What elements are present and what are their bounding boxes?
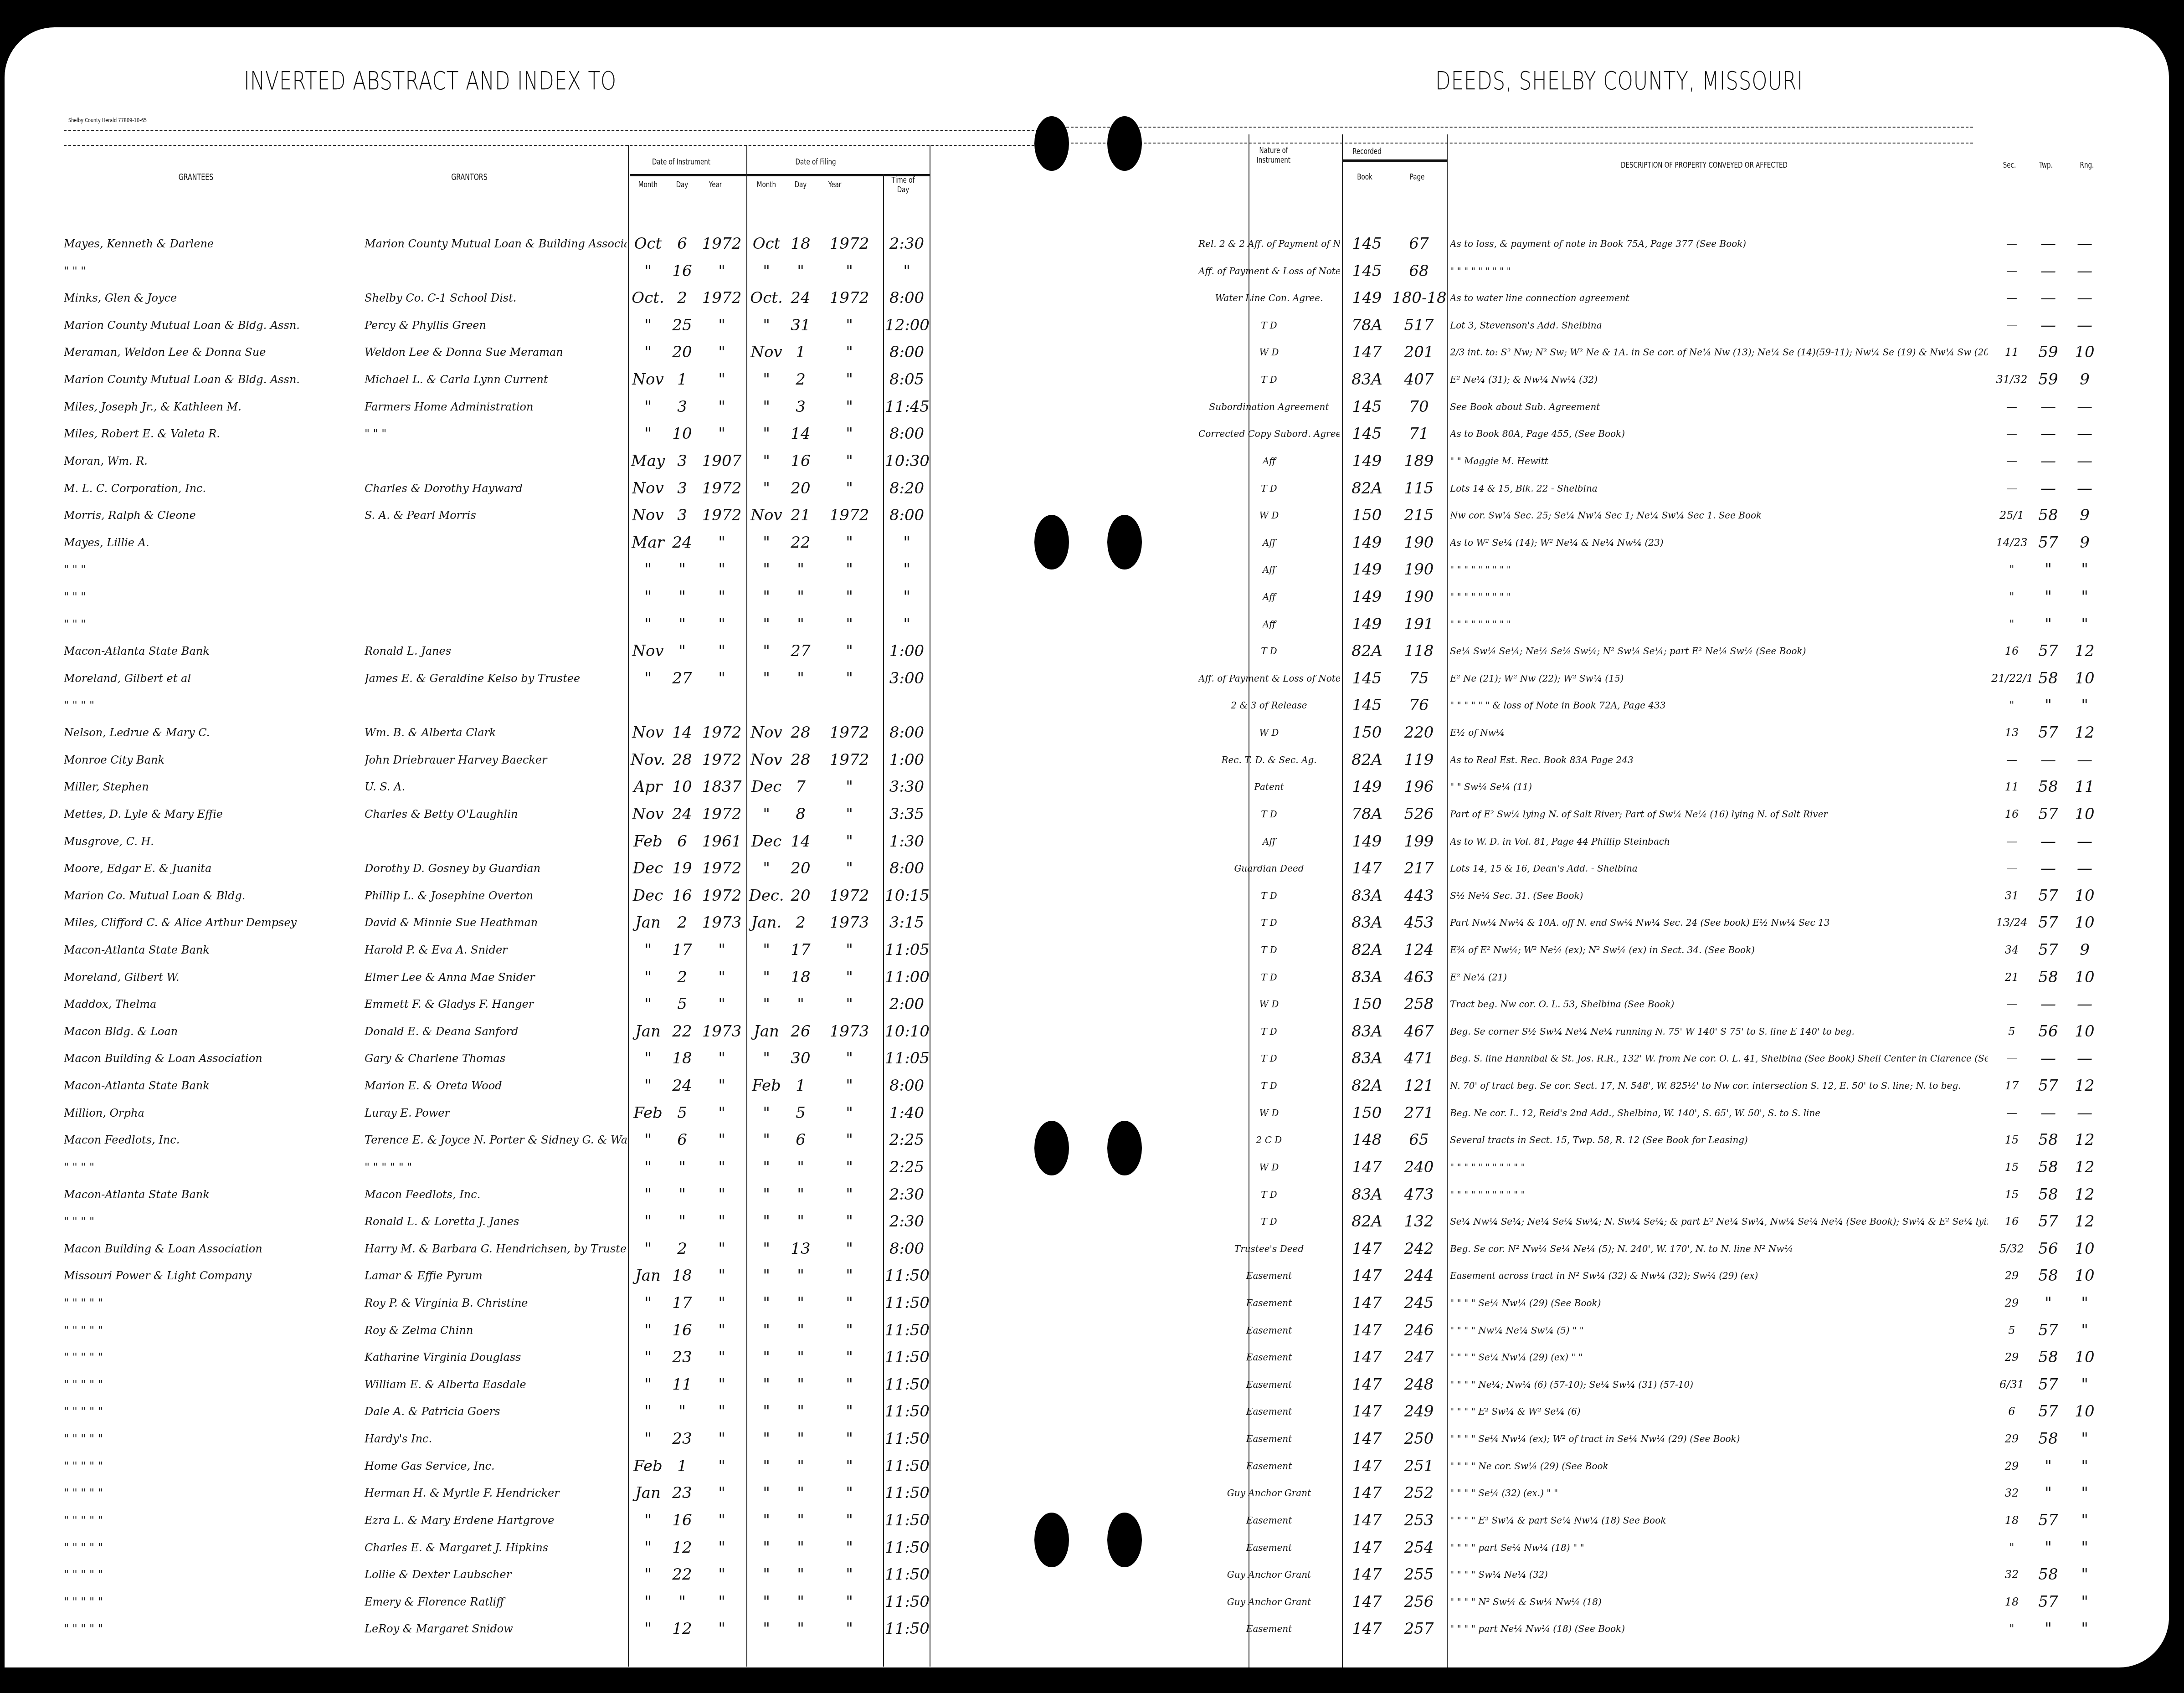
cell-page: 124: [1392, 936, 1446, 964]
cell-twp: —: [2032, 312, 2064, 339]
cell-grantor: John Driebrauer Harvey Baecker: [365, 746, 627, 774]
cell-book: 83A: [1344, 366, 1390, 393]
cell-time: ": [885, 529, 929, 556]
left-ledger-row: M. L. C. Corporation, Inc.Charles & Doro…: [5, 475, 1066, 502]
cell-grantor: Weldon Lee & Donna Sue Meraman: [365, 339, 627, 366]
cell-im: Apr: [630, 773, 666, 800]
cell-fy: ": [817, 1154, 882, 1181]
cell-time: 11:50: [885, 1425, 929, 1452]
cell-book: 83A: [1344, 1181, 1390, 1208]
left-ledger-row: Monroe City BankJohn Driebrauer Harvey B…: [5, 746, 1066, 774]
cell-book: 147: [1344, 855, 1390, 882]
cell-sec: —: [1991, 990, 2032, 1018]
cell-id: ": [666, 583, 698, 611]
cell-id: 12: [666, 1615, 698, 1642]
cell-grantor: Roy & Zelma Chinn: [365, 1317, 627, 1344]
right-ledger-row: T D83A453Part Nw¼ Nw¼ & 10A. off N. end …: [1066, 909, 2169, 936]
left-ledger-row: " " " " "Roy P. & Virginia B. Christine"…: [5, 1289, 1066, 1317]
cell-fm: ": [748, 447, 785, 475]
header-sec: Sec.: [1999, 160, 2020, 170]
cell-sec: —: [1991, 746, 2032, 774]
cell-desc: E¾ of E² Nw¼; W² Ne¼ (ex); N² Sw¼ (ex) i…: [1450, 936, 1988, 964]
cell-im: Oct.: [630, 284, 666, 312]
cell-book: 83A: [1344, 1045, 1390, 1072]
left-ledger-row: " " " " "Emery & Florence Ratliff""""""1…: [5, 1588, 1066, 1616]
cell-id: 16: [666, 257, 698, 285]
cell-rng: ": [2066, 583, 2103, 611]
cell-nature: T D: [1198, 1208, 1340, 1235]
cell-twp: —: [2032, 990, 2064, 1018]
cell-rng: 10: [2066, 339, 2103, 366]
cell-grantor: Charles & Dorothy Hayward: [365, 475, 627, 502]
cell-fy: ": [817, 611, 882, 638]
cell-sec: 14/23: [1991, 529, 2032, 556]
header-page: Page: [1400, 172, 1434, 182]
cell-grantor: Harry M. & Barbara G. Hendrichsen, by Tr…: [365, 1235, 627, 1262]
right-ledger-row: Easement147246" " " " Nw¼ Ne¼ Sw¼ (5) " …: [1066, 1317, 2169, 1344]
right-ledger-row: T D82A118Se¼ Sw¼ Se¼; Ne¼ Se¼ Sw¼; N² Sw…: [1066, 637, 2169, 665]
cell-book: 145: [1344, 665, 1390, 692]
cell-fd: ": [785, 1452, 817, 1480]
cell-fd: 3: [785, 393, 817, 421]
cell-book: 82A: [1344, 936, 1390, 964]
cell-page: 443: [1392, 882, 1446, 909]
cell-iy: ": [698, 665, 745, 692]
cell-fy: ": [817, 393, 882, 421]
cell-rng: —: [2066, 746, 2103, 774]
cell-twp: 57: [2032, 1371, 2064, 1398]
cell-grantor: Charles & Betty O'Laughlin: [365, 800, 627, 828]
cell-desc: As to loss, & payment of note in Book 75…: [1450, 230, 1988, 257]
cell-im: ": [630, 936, 666, 964]
cell-fd: ": [785, 1479, 817, 1507]
cell-nature: Aff: [1198, 583, 1340, 611]
cell-grantor: " " " " " ": [365, 1154, 627, 1181]
cell-grantor: Emmett F. & Gladys F. Hanger: [365, 990, 627, 1018]
cell-fy: ": [817, 1534, 882, 1561]
cell-im: ": [630, 1507, 666, 1534]
cell-fm: ": [748, 1208, 785, 1235]
cell-grantee: Macon Feedlots, Inc.: [64, 1126, 365, 1154]
cell-sec: 31/32: [1991, 366, 2032, 393]
cell-desc: Beg. S. line Hannibal & St. Jos. R.R., 1…: [1450, 1045, 1988, 1072]
header-recorded: Recorded: [1346, 147, 1387, 156]
cell-book: 82A: [1344, 637, 1390, 665]
cell-iy: ": [698, 1289, 745, 1317]
cell-im: ": [630, 1344, 666, 1371]
cell-book: 147: [1344, 1262, 1390, 1289]
header-grantees: GRANTEES: [169, 172, 223, 182]
cell-book: 147: [1344, 1452, 1390, 1480]
cell-fy: ": [817, 1398, 882, 1425]
cell-nature: Rel. 2 & 2 Aff. of Payment of Note & Los…: [1198, 230, 1340, 257]
left-ledger-row: " " " " "Home Gas Service, Inc.Feb1""""1…: [5, 1452, 1066, 1480]
cell-grantor: Home Gas Service, Inc.: [365, 1452, 627, 1480]
cell-iy: ": [698, 1235, 745, 1262]
cell-iy: 1972: [698, 502, 745, 529]
cell-im: ": [630, 1398, 666, 1425]
cell-iy: ": [698, 1072, 745, 1099]
cell-desc: Beg. Ne cor. L. 12, Reid's 2nd Add., She…: [1450, 1099, 1988, 1127]
cell-twp: 57: [2032, 1317, 2064, 1344]
left-ledger-row: " " " " "William E. & Alberta Easdale"11…: [5, 1371, 1066, 1398]
cell-nature: T D: [1198, 964, 1340, 991]
cell-page: 199: [1392, 828, 1446, 855]
cell-im: Dec: [630, 882, 666, 909]
cell-book: 78A: [1344, 800, 1390, 828]
cell-page: 255: [1392, 1561, 1446, 1588]
cell-book: 82A: [1344, 746, 1390, 774]
cell-fd: 27: [785, 637, 817, 665]
cell-rng: —: [2066, 420, 2103, 447]
header-filing-month: Month: [753, 180, 780, 190]
cell-page: 118: [1392, 637, 1446, 665]
cell-sec: ": [1991, 611, 2032, 638]
cell-iy: ": [698, 1208, 745, 1235]
cell-desc: " " Maggie M. Hewitt: [1450, 447, 1988, 475]
cell-fm: ": [748, 475, 785, 502]
cell-iy: ": [698, 366, 745, 393]
cell-fm: ": [748, 1045, 785, 1072]
header-day: Day: [670, 180, 694, 190]
cell-id: 5: [666, 1099, 698, 1127]
cell-fd: 6: [785, 1126, 817, 1154]
cell-twp: 57: [2032, 529, 2064, 556]
cell-fy: ": [817, 665, 882, 692]
cell-im: ": [630, 665, 666, 692]
cell-rng: 12: [2066, 719, 2103, 746]
cell-fd: 1: [785, 1072, 817, 1099]
cell-desc: " " " " Se¼ Nw¼ (ex); W² of tract in Se¼…: [1450, 1425, 1988, 1452]
cell-fm: ": [748, 1371, 785, 1398]
cell-grantee: Million, Orpha: [64, 1099, 365, 1127]
cell-fy: ": [817, 312, 882, 339]
cell-nature: Easement: [1198, 1262, 1340, 1289]
cell-fd: 14: [785, 420, 817, 447]
cell-fd: 18: [785, 964, 817, 991]
cell-grantee: Marion County Mutual Loan & Bldg. Assn.: [64, 312, 365, 339]
left-ledger-row: Morris, Ralph & CleoneS. A. & Pearl Morr…: [5, 502, 1066, 529]
cell-fm: ": [748, 1235, 785, 1262]
cell-iy: ": [698, 1126, 745, 1154]
cell-fd: ": [785, 1317, 817, 1344]
cell-nature: Aff: [1198, 611, 1340, 638]
cell-rng: 12: [2066, 1208, 2103, 1235]
cell-id: ": [666, 556, 698, 583]
cell-id: 3: [666, 502, 698, 529]
cell-id: 10: [666, 420, 698, 447]
cell-grantee: " " ": [64, 583, 365, 611]
cell-id: 18: [666, 1045, 698, 1072]
left-ledger-row: " " """""""": [5, 611, 1066, 638]
cell-fm: Nov: [748, 339, 785, 366]
cell-fm: ": [748, 1344, 785, 1371]
cell-sec: —: [1991, 284, 2032, 312]
cell-rng: ": [2066, 1534, 2103, 1561]
cell-fd: ": [785, 257, 817, 285]
cell-sec: —: [1991, 447, 2032, 475]
cell-twp: ": [2032, 1615, 2064, 1642]
cell-fm: ": [748, 665, 785, 692]
cell-time: 11:50: [885, 1479, 929, 1507]
cell-grantor: Ezra L. & Mary Erdene Hartgrove: [365, 1507, 627, 1534]
cell-nature: T D: [1198, 1018, 1340, 1045]
cell-time: 1:00: [885, 746, 929, 774]
cell-fd: ": [785, 583, 817, 611]
cell-nature: Corrected Copy Subord. Agree.: [1198, 420, 1340, 447]
left-ledger-row: " " " " "Lollie & Dexter Laubscher"22"""…: [5, 1561, 1066, 1588]
cell-grantor: " " ": [365, 420, 627, 447]
cell-page: 254: [1392, 1534, 1446, 1561]
cell-fy: ": [817, 1045, 882, 1072]
cell-fy: ": [817, 1371, 882, 1398]
left-ledger-row: Moore, Edgar E. & JuanitaDorothy D. Gosn…: [5, 855, 1066, 882]
right-ledger-row: T D83A473" " " " " " " " " " "155812: [1066, 1181, 2169, 1208]
cell-nature: T D: [1198, 909, 1340, 936]
cell-page: 75: [1392, 665, 1446, 692]
cell-fd: 2: [785, 366, 817, 393]
cell-page: 220: [1392, 719, 1446, 746]
cell-iy: ": [698, 637, 745, 665]
cell-fm: ": [748, 312, 785, 339]
cell-desc: As to W² Se¼ (14); W² Ne¼ & Ne¼ Nw¼ (23): [1450, 529, 1988, 556]
cell-time: ": [885, 583, 929, 611]
cell-im: ": [630, 1425, 666, 1452]
cell-sec: 32: [1991, 1561, 2032, 1588]
cell-fy: ": [817, 828, 882, 855]
cell-nature: Aff: [1198, 828, 1340, 855]
cell-fy: ": [817, 1452, 882, 1480]
cell-iy: ": [698, 936, 745, 964]
cell-nature: Easement: [1198, 1425, 1340, 1452]
cell-fy: ": [817, 1561, 882, 1588]
cell-im: Nov: [630, 502, 666, 529]
cell-iy: ": [698, 1154, 745, 1181]
cell-twp: ": [2032, 1479, 2064, 1507]
cell-nature: Easement: [1198, 1398, 1340, 1425]
cell-page: 65: [1392, 1126, 1446, 1154]
cell-fy: ": [817, 1615, 882, 1642]
cell-id: 5: [666, 990, 698, 1018]
cell-twp: ": [2032, 556, 2064, 583]
cell-nature: Aff: [1198, 447, 1340, 475]
cell-twp: 57: [2032, 1507, 2064, 1534]
cell-book: 150: [1344, 990, 1390, 1018]
cell-book: 145: [1344, 692, 1390, 719]
cell-rng: 9: [2066, 936, 2103, 964]
header-book: Book: [1349, 172, 1380, 182]
cell-fm: ": [748, 1425, 785, 1452]
cell-nature: Aff: [1198, 556, 1340, 583]
right-ledger-row: Trustee's Deed147242Beg. Se cor. N² Nw¼ …: [1066, 1235, 2169, 1262]
right-ledger-row: Aff149190" " " " " " " " """": [1066, 556, 2169, 583]
cell-twp: 58: [2032, 1262, 2064, 1289]
cell-fy: ": [817, 1099, 882, 1127]
cell-book: 147: [1344, 1615, 1390, 1642]
cell-id: 23: [666, 1425, 698, 1452]
left-ledger-row: " " " " "Roy & Zelma Chinn"16""""11:50: [5, 1317, 1066, 1344]
cell-fm: ": [748, 1099, 785, 1127]
cell-id: ": [666, 637, 698, 665]
cell-grantee: " " ": [64, 556, 365, 583]
cell-time: 2:25: [885, 1154, 929, 1181]
cell-time: 3:30: [885, 773, 929, 800]
cell-time: 8:00: [885, 420, 929, 447]
cell-im: ": [630, 393, 666, 421]
cell-nature: Guy Anchor Grant: [1198, 1479, 1340, 1507]
cell-twp: 58: [2032, 964, 2064, 991]
cell-im: ": [630, 1317, 666, 1344]
cell-book: 145: [1344, 257, 1390, 285]
cell-book: 82A: [1344, 1072, 1390, 1099]
cell-iy: ": [698, 556, 745, 583]
cell-time: 10:15: [885, 882, 929, 909]
cell-page: 467: [1392, 1018, 1446, 1045]
cell-sec: —: [1991, 475, 2032, 502]
left-ledger-row: Musgrove, C. H.Feb61961Dec14"1:30: [5, 828, 1066, 855]
cell-sec: ": [1991, 692, 2032, 719]
cell-rng: —: [2066, 1045, 2103, 1072]
cell-fd: 5: [785, 1099, 817, 1127]
cell-grantee: Moore, Edgar E. & Juanita: [64, 855, 365, 882]
left-ledger-row: Minks, Glen & JoyceShelby Co. C-1 School…: [5, 284, 1066, 312]
cell-desc: N. 70' of tract beg. Se cor. Sect. 17, N…: [1450, 1072, 1988, 1099]
cell-iy: ": [698, 1507, 745, 1534]
cell-rng: —: [2066, 312, 2103, 339]
cell-rng: 10: [2066, 909, 2103, 936]
cell-fm: ": [748, 964, 785, 991]
cell-nature: Easement: [1198, 1344, 1340, 1371]
right-ledger-row: Guy Anchor Grant147252" " " " Se¼ (32) (…: [1066, 1479, 2169, 1507]
cell-fy: ": [817, 773, 882, 800]
cell-page: 517: [1392, 312, 1446, 339]
cell-im: ": [630, 1126, 666, 1154]
cell-fd: 20: [785, 882, 817, 909]
cell-fm: ": [748, 1126, 785, 1154]
cell-twp: —: [2032, 230, 2064, 257]
cell-im: Jan: [630, 1262, 666, 1289]
cell-grantee: " " " " ": [64, 1452, 365, 1480]
cell-id: 14: [666, 719, 698, 746]
cell-desc: " " " " Nw¼ Ne¼ Sw¼ (5) " ": [1450, 1317, 1988, 1344]
right-ledger-row: Easement147257" " " " part Ne¼ Nw¼ (18) …: [1066, 1615, 2169, 1642]
cell-im: ": [630, 1371, 666, 1398]
cell-sec: —: [1991, 312, 2032, 339]
cell-desc: Easement across tract in N² Sw¼ (32) & N…: [1450, 1262, 1988, 1289]
cell-grantor: Donald E. & Deana Sanford: [365, 1018, 627, 1045]
cell-desc: " " " " E² Sw¼ & part Se¼ Nw¼ (18) See B…: [1450, 1507, 1988, 1534]
cell-im: ": [630, 1072, 666, 1099]
cell-id: 2: [666, 909, 698, 936]
cell-rng: 11: [2066, 773, 2103, 800]
cell-fy: 1972: [817, 719, 882, 746]
cell-iy: ": [698, 964, 745, 991]
right-ledger-row: Aff. of Payment & Loss of Note14568" " "…: [1066, 257, 2169, 285]
cell-sec: 17: [1991, 1072, 2032, 1099]
cell-grantor: Macon Feedlots, Inc.: [365, 1181, 627, 1208]
cell-grantee: " " " " ": [64, 1615, 365, 1642]
left-ledger-row: Macon-Atlanta State BankMacon Feedlots, …: [5, 1181, 1066, 1208]
cell-fm: ": [748, 1289, 785, 1317]
cell-sec: 5: [1991, 1018, 2032, 1045]
left-ledger-row: " " ""16""""": [5, 257, 1066, 285]
cell-time: ": [885, 257, 929, 285]
cell-fm: ": [748, 1534, 785, 1561]
cell-sec: —: [1991, 257, 2032, 285]
cell-book: 147: [1344, 1235, 1390, 1262]
cell-iy: ": [698, 1534, 745, 1561]
cell-twp: —: [2032, 420, 2064, 447]
cell-book: 147: [1344, 1425, 1390, 1452]
cell-id: ": [666, 1208, 698, 1235]
cell-twp: —: [2032, 393, 2064, 421]
cell-rng: 9: [2066, 529, 2103, 556]
cell-grantor: Farmers Home Administration: [365, 393, 627, 421]
cell-grantee: Nelson, Ledrue & Mary C.: [64, 719, 365, 746]
cell-fm: Nov: [748, 502, 785, 529]
cell-grantee: Marion County Mutual Loan & Bldg. Assn.: [64, 366, 365, 393]
cell-id: ": [666, 1154, 698, 1181]
right-ledger-row: Easement147244Easement across tract in N…: [1066, 1262, 2169, 1289]
cell-page: 190: [1392, 556, 1446, 583]
right-ledger-row: T D83A471Beg. S. line Hannibal & St. Jos…: [1066, 1045, 2169, 1072]
cell-rng: ": [2066, 1371, 2103, 1398]
left-ledger-row: Macon Feedlots, Inc.Terence E. & Joyce N…: [5, 1126, 1066, 1154]
cell-fm: Oct: [748, 230, 785, 257]
cell-rng: ": [2066, 1615, 2103, 1642]
cell-grantee: Mayes, Lillie A.: [64, 529, 365, 556]
cell-sec: 32: [1991, 1479, 2032, 1507]
cell-time: 1:00: [885, 637, 929, 665]
cell-fy: ": [817, 1317, 882, 1344]
cell-rng: ": [2066, 1317, 2103, 1344]
right-ledger-row: Aff149191" " " " " " " " """": [1066, 611, 2169, 638]
cell-book: 149: [1344, 529, 1390, 556]
cell-desc: " " " " part Se¼ Nw¼ (18) " ": [1450, 1534, 1988, 1561]
cell-sec: 18: [1991, 1588, 2032, 1616]
cell-page: 76: [1392, 692, 1446, 719]
header-grantors: GRANTORS: [442, 172, 497, 182]
cell-fm: ": [748, 800, 785, 828]
cell-fd: 20: [785, 855, 817, 882]
cell-iy: 1973: [698, 909, 745, 936]
cell-page: 526: [1392, 800, 1446, 828]
header-rule: [64, 130, 1066, 131]
cell-rng: 12: [2066, 637, 2103, 665]
cell-desc: As to Book 80A, Page 455, (See Book): [1450, 420, 1988, 447]
cell-fm: Jan.: [748, 909, 785, 936]
cell-grantee: Monroe City Bank: [64, 746, 365, 774]
cell-iy: ": [698, 1398, 745, 1425]
cell-fy: ": [817, 1588, 882, 1616]
cell-fd: ": [785, 1561, 817, 1588]
cell-im: ": [630, 1045, 666, 1072]
cell-fd: 14: [785, 828, 817, 855]
cell-twp: 58: [2032, 1154, 2064, 1181]
cell-im: Nov: [630, 800, 666, 828]
left-ledger-row: Marion County Mutual Loan & Bldg. Assn.M…: [5, 366, 1066, 393]
cell-desc: Lots 14 & 15, Blk. 22 - Shelbina: [1450, 475, 1988, 502]
cell-iy: 1972: [698, 882, 745, 909]
binder-hole: [1034, 116, 1069, 171]
cell-grantor: Ronald L. & Loretta J. Janes: [365, 1208, 627, 1235]
cell-grantor: Wm. B. & Alberta Clark: [365, 719, 627, 746]
cell-time: 11:00: [885, 964, 929, 991]
cell-time: 1:30: [885, 828, 929, 855]
cell-rng: 12: [2066, 1126, 2103, 1154]
right-ledger-row: W D147240" " " " " " " " " " "155812: [1066, 1154, 2169, 1181]
cell-nature: Rec. T. D. & Sec. Ag.: [1198, 746, 1340, 774]
